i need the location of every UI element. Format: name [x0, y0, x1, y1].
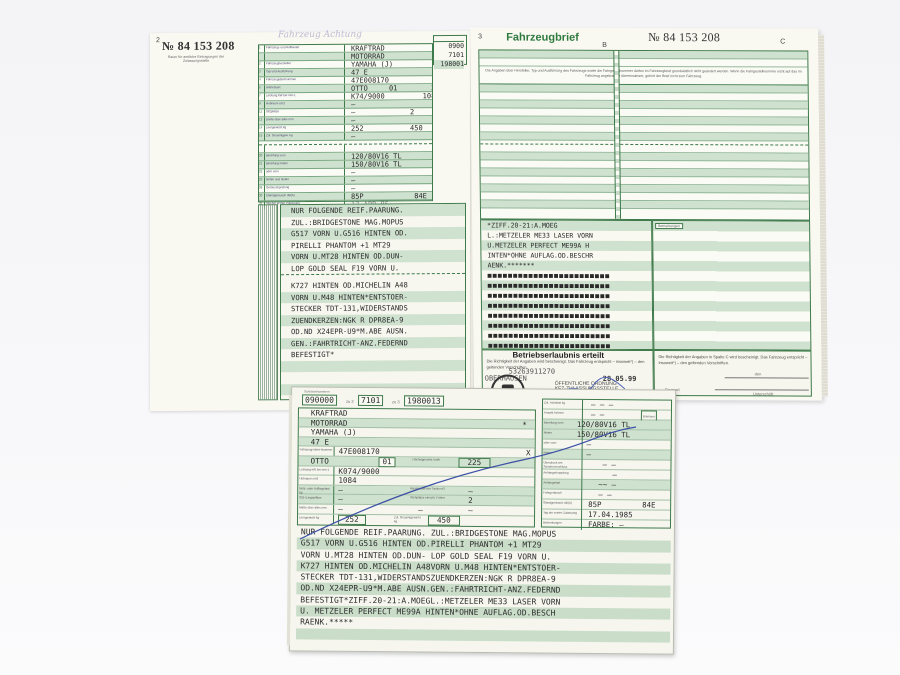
field-vin: 47E008170 [345, 76, 432, 84]
key-typ: 7101 [434, 51, 464, 60]
remarks-block-left: NUR FOLGENDE REIF.PAARUNG. ZUL.:BRIDGEST… [280, 203, 466, 400]
key-number-3: 1980013 [404, 395, 444, 406]
vehicle-data-form: 1Fahrzeug- und AufbauartKRAFTRAD MOTORRA… [258, 43, 433, 202]
page-number: 2 [156, 37, 160, 44]
booklet-right-page: 3 Fahrzeugbrief № 84 153 208 B C Die Ang… [470, 27, 822, 400]
field-type: 47 E [345, 68, 432, 76]
key-vv: 198001 [434, 60, 464, 69]
key-numbers-box: 0900 7101 198001 [433, 35, 467, 65]
drive-noise: 84E [642, 500, 655, 510]
power: K074/9000 [338, 466, 379, 476]
displacement: 1084 [338, 476, 356, 486]
field-manufacturer: YAMAHA (J) [345, 60, 432, 68]
card-remarks: NUR FOLGENDE REIF.PAARUNG. ZUL.:BRIDGEST… [296, 526, 671, 647]
field-empty-weight: 252 450 [345, 124, 432, 132]
verification-box: Die Richtigkeit der Angaben in Spalte C … [653, 350, 811, 397]
fahrzeugbrief-grid: Die Angaben über Hersteller, Typ und Aus… [478, 49, 810, 220]
fahrzeugbrief-booklet: 2 № 84 153 208 Raum für amtliche Eintrag… [150, 24, 830, 404]
tyre-rear: 150/80V16 TL [577, 430, 630, 440]
document-number: № 84 153 208 [648, 30, 720, 45]
first-registration-date: 17.04.1985 [588, 510, 633, 520]
field-body-type: MOTORRAD [345, 52, 432, 60]
field-vehicle-type: KRAFTRAD [345, 44, 432, 52]
field-tyre-front: 120/80V16 TL [345, 152, 432, 160]
empty-weight: 252 [338, 514, 366, 524]
vin: 47E008170 [339, 447, 380, 457]
tyre-front: 120/80V16 TL [577, 420, 630, 430]
vehicle-registration-card: Schlüsselnummern 090000 zu 2 7101 zu 3 1… [289, 386, 676, 654]
manufacturer: YAMAHA (J) [311, 428, 357, 438]
field-tyre-rear: 150/80V16 TL [345, 160, 432, 168]
legal-notice: Die Angaben über Hersteller, Typ und Aus… [483, 68, 803, 78]
field-noise: 85P 84E [345, 192, 432, 200]
handwritten-note: Fahrzeug Achtung [278, 30, 362, 41]
document-title: Fahrzeugbrief [506, 32, 579, 44]
registration-note: Raum für amtliche Eintragungen der Zulas… [156, 55, 236, 64]
key-number-2: 7101 [358, 395, 383, 406]
field-row: 15Zul. Gesamtgew. kg— [259, 132, 432, 141]
remarks-column-c: Bemerkungen [652, 220, 811, 351]
field-power: K74/9000 1084 [345, 92, 432, 100]
document-number: № 84 153 208 [162, 39, 235, 55]
field-drive: OTTO 01 225 [345, 84, 432, 92]
key-hsn: 0900 [434, 42, 464, 51]
key-numbers: Schlüsselnummern 090000 zu 2 7101 zu 3 1… [300, 394, 550, 408]
booklet-left-page: 2 № 84 153 208 Raum für amtliche Eintrag… [150, 31, 472, 411]
gross-weight: 450 [428, 515, 460, 525]
remarks-block-right: *ZIFF.20-21:A.MOEG L.:METZELER ME33 LASE… [480, 219, 653, 350]
key-number-1: 090000 [302, 394, 337, 405]
card-left-fields: KRAFTRAD MOTORRAD* YAMAHA (J) 47 E Fahrz… [297, 407, 536, 527]
legal-notes-vertical [258, 204, 278, 400]
stationary-noise: 85P [588, 500, 601, 510]
card-right-fields: Zul. Achslast kg— — — Anzahl Achsen— —Br… [541, 399, 672, 529]
